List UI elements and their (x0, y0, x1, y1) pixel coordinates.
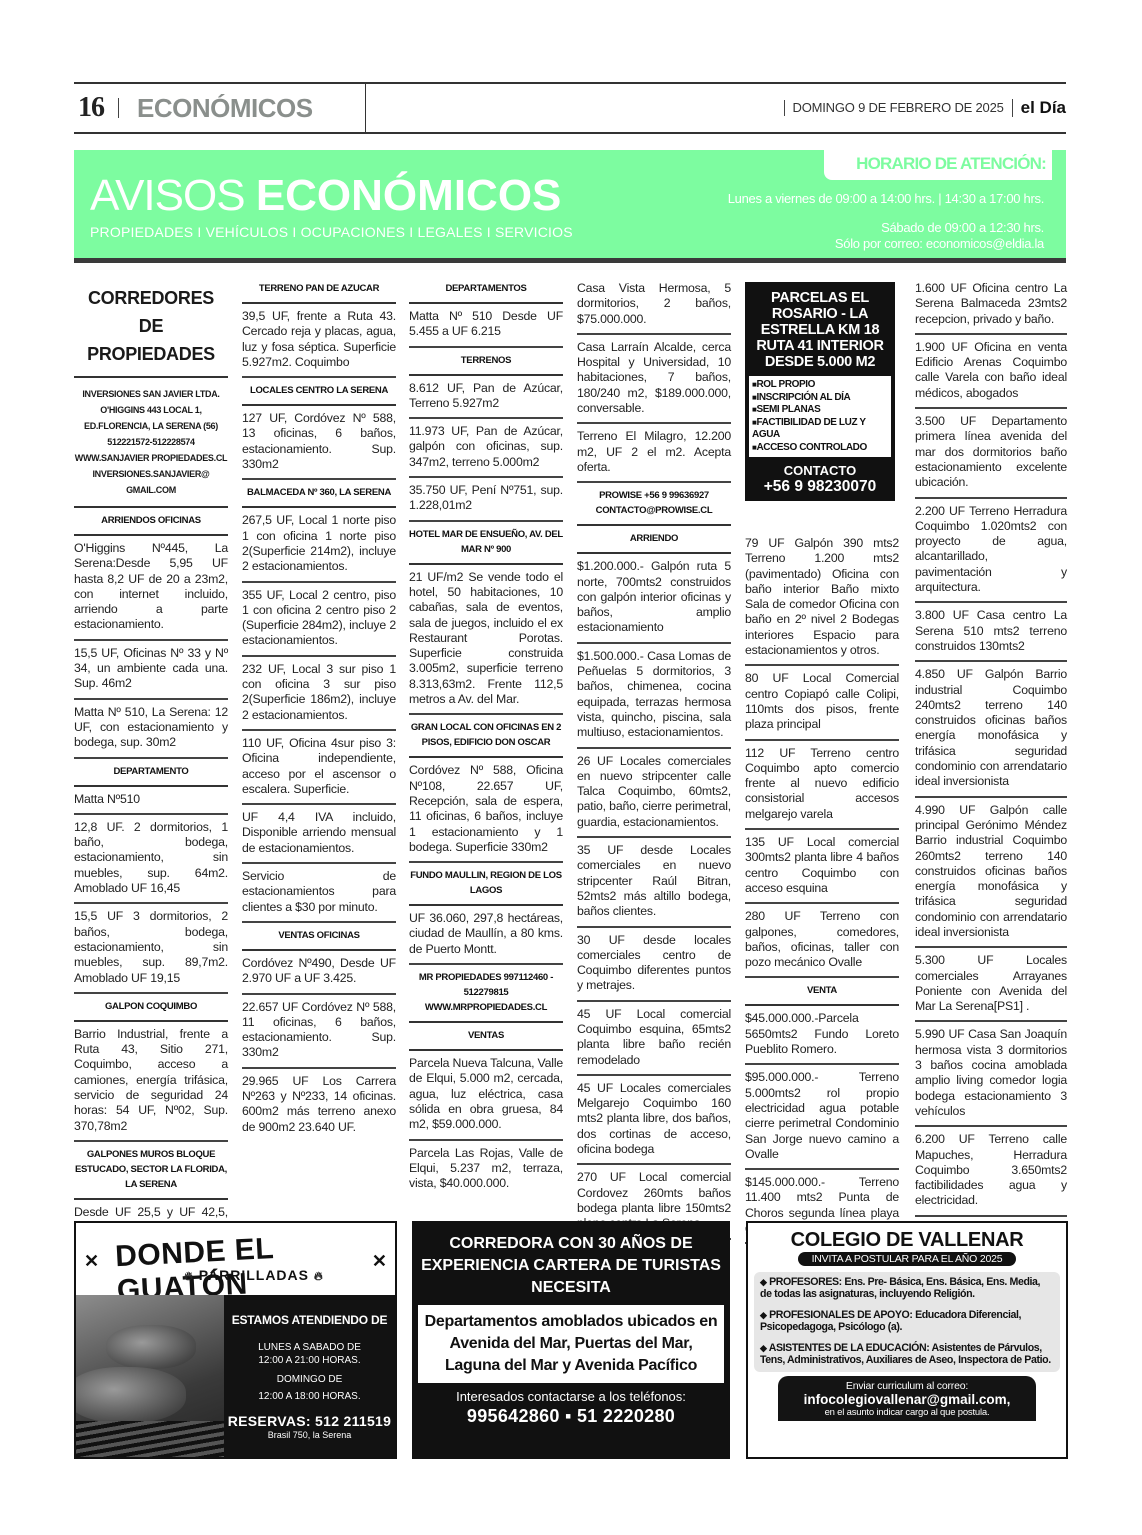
feature-item: ACCESO CONTROLADO (752, 442, 888, 455)
colegio-ad: COLEGIO DE VALLENAR INVITA A POSTULAR PA… (746, 1221, 1068, 1459)
guaton-address: Brasil 750, la Serena (224, 1430, 395, 1440)
prowise-contact: PROWISE +56 9 99636927 CONTACTO@PROWISE.… (577, 483, 731, 526)
classified-ad: 6.200 UF Terreno calle Mapuches, Herradu… (915, 1127, 1067, 1216)
guaton-subtitle-text: PARRILLADAS (199, 1267, 309, 1283)
classified-ad: Casa Larraín Alcalde, cerca Hospital y U… (577, 335, 731, 424)
parcelas-phone: +56 9 98230070 (749, 478, 891, 495)
classified-ad: 29.965 UF Los Carrera Nº263 y Nº233, 14 … (242, 1069, 396, 1141)
classified-ad: $95.000.000.- Terreno 5.000mts2 rol prop… (745, 1065, 899, 1170)
classified-ad: Terreno El Milagro, 12.200 m2, UF 2 el m… (577, 424, 731, 483)
classified-ad: 26 UF Locales comerciales en nuevo strip… (577, 749, 731, 838)
classified-ad: 267,5 UF, Local 1 norte piso 1 con ofici… (242, 508, 396, 582)
mr-propiedades-contact: MR PROPIEDADES 997112460 - 512279815 WWW… (409, 965, 563, 1023)
classified-ad: 80 UF Local Comercial centro Copiapó cal… (745, 666, 899, 740)
sunday-hours: 12:00 A 18:00 HORAS. (224, 1388, 395, 1405)
section-heading: ARRIENDOS OFICINAS (74, 508, 228, 536)
classified-ad: UF 4,4 IVA incluido, Disponible arriendo… (242, 805, 396, 864)
parcelas-title: PARCELAS EL ROSARIO - LA ESTRELLA KM 18 … (749, 290, 891, 370)
divider (118, 98, 119, 118)
position-item: ◆ ASISTENTES DE LA EDUCACIÓN: Asistentes… (760, 1342, 1054, 1366)
classified-ad: Parcela Nueva Talcuna, Valle de Elqui, 5… (409, 1051, 563, 1140)
colegio-title: COLEGIO DE VALLENAR (748, 1229, 1066, 1252)
banner-title-bold: ECONÓMICOS (256, 171, 562, 220)
classified-ad: 8.612 UF, Pan de Azúcar, Terreno 5.927m2 (409, 376, 563, 420)
classified-ad: 5.300 UF Locales comerciales Arrayanes P… (915, 948, 1067, 1022)
masthead-left: 16 ECONÓMICOS (74, 84, 366, 132)
classified-ad: O'Higgins Nº445, La Serena:Desde 5,95 UF… (74, 536, 228, 641)
corredores-title: CORREDORES DE PROPIEDADES (74, 276, 228, 378)
guaton-info-panel: ESTAMOS ATENDIENDO DE LUNES A SABADO DE … (224, 1295, 395, 1459)
classified-ad: Matta Nº 510 Desde UF 5.455 a UF 6.215 (409, 304, 563, 348)
column-4: Casa Vista Hermosa, 5 dormitorios, 2 bañ… (577, 276, 731, 1240)
classified-ad: 15,5 UF, Oficinas Nº 33 y Nº 34, un ambi… (74, 641, 228, 700)
classified-ad: 110 UF, Oficina 4sur piso 3: Oficina ind… (242, 731, 396, 805)
colegio-subtitle: INVITA A POSTULAR PARA EL AÑO 2025 (798, 1252, 1016, 1266)
column-5: PARCELAS EL ROSARIO - LA ESTRELLA KM 18 … (745, 276, 899, 1244)
position-item: ◆ PROFESIONALES DE APOYO: Educadora Dife… (760, 1309, 1054, 1333)
classified-ad: 30 UF desde locales comerciales centro d… (577, 928, 731, 1002)
banner-title: AVISOS ECONÓMICOS (90, 172, 561, 220)
steak-shape (74, 1367, 186, 1423)
position-item: ◆ PROFESORES: Ens. Pre- Básica, Ens. Bás… (760, 1276, 1054, 1300)
classified-ad: 11.973 UF, Pan de Azúcar, galpón con ofi… (409, 419, 563, 478)
steak-shape (106, 1325, 196, 1369)
classified-ad: 280 UF Terreno con galpones, comedores, … (745, 904, 899, 978)
guaton-header: ✕ DONDE EL GUATÓN 🔥︎ PARRILLADAS 🔥︎ ✕ (76, 1223, 395, 1295)
spacer (745, 501, 899, 531)
classified-ad: 3.500 UF Departamento primera línea aven… (915, 409, 1067, 498)
reservas-phone: RESERVAS: 512 211519 (224, 1413, 395, 1429)
classified-ad: 79 UF Galpón 390 mts2 Terreno 1.200 mts2… (745, 531, 899, 666)
section-heading: GALPONES MUROS BLOQUE ESTUCADO, SECTOR L… (74, 1142, 228, 1200)
classified-ad: 135 UF Local comercial 300mts2 planta li… (745, 830, 899, 904)
publication-date: DOMINGO 9 DE FEBRERO DE 2025 (784, 100, 1004, 116)
estamos-atendiendo: ESTAMOS ATENDIENDO DE (224, 1313, 395, 1327)
avisos-banner: AVISOS ECONÓMICOS PROPIEDADES I VEHÍCULO… (74, 150, 1066, 258)
section-heading: GRAN LOCAL CON OFICINAS EN 2 PISOS, EDIF… (409, 715, 563, 758)
section-heading: DEPARTAMENTO (74, 759, 228, 787)
corredora-contact-label: Interesados contactarse a los teléfonos: (414, 1389, 728, 1404)
classified-ad: 1.600 UF Oficina centro La Serena Balmac… (915, 276, 1067, 335)
section-heading: TERRENOS (409, 348, 563, 376)
saturday-hours-text: Sábado de 09:00 a 12:30 hrs. (835, 220, 1044, 236)
classified-ad: 4.850 UF Galpón Barrio industrial Coquim… (915, 662, 1067, 797)
section-heading: VENTAS (409, 1023, 563, 1051)
classified-ad: UF 36.060, 297,8 hectáreas, ciudad de Ma… (409, 906, 563, 965)
flame-icon: 🔥︎ (184, 1269, 194, 1283)
column-3: DEPARTAMENTOS Matta Nº 510 Desde UF 5.45… (409, 276, 563, 1197)
classified-ad: 15,5 UF 3 dormitorios, 2 baños, bodega, … (74, 904, 228, 993)
classified-ad: 2.200 UF Terreno Herradura Coquimbo 1.02… (915, 499, 1067, 604)
sunday-hours-block: DOMINGO DE 12:00 A 18:00 HORAS. (224, 1371, 395, 1405)
newspaper-logo: el Día (1012, 99, 1066, 117)
position-text: PROFESIONALES DE APOYO: Educadora Difere… (760, 1309, 1021, 1333)
feature-item: FACTIBILIDAD DE LUZ Y AGUA (752, 417, 888, 442)
classified-ad: Cordóvez Nº 588, Oficina Nº108, 22.657 U… (409, 758, 563, 863)
classified-ad: 1.900 UF Oficina en venta Edificio Arena… (915, 335, 1067, 409)
classified-ad: 39,5 UF, frente a Ruta 43. Cercado reja … (242, 304, 396, 378)
diamond-bullet-icon: ◆ (760, 1310, 767, 1320)
feature-item: ROL PROPIO (752, 379, 888, 392)
classified-ad: Matta Nº 510, La Serena: 12 UF, con esta… (74, 700, 228, 759)
classified-ad: 3.800 UF Casa centro La Serena 510 mts2 … (915, 603, 1067, 662)
banner-divider-bar (74, 258, 1066, 263)
banner-title-light: AVISOS (90, 171, 256, 220)
section-name: ECONÓMICOS (137, 93, 313, 124)
classified-ad: 22.657 UF Cordóvez Nº 588, 11 oficinas, … (242, 995, 396, 1069)
footer-label: Enviar curriculum al correo: (778, 1380, 1036, 1392)
classified-ad: 45 UF Locales comerciales Melgarejo Coqu… (577, 1076, 731, 1165)
weekday-label: LUNES A SABADO DE (224, 1341, 395, 1354)
horario-label: HORARIO DE ATENCIÓN: (856, 154, 1046, 174)
classified-ad: Servicio de estacionamientos para client… (242, 864, 396, 923)
banner-categories: PROPIEDADES I VEHÍCULOS I OCUPACIONES I … (90, 224, 573, 240)
san-javier-contact: INVERSIONES SAN JAVIER LTDA. O'HIGGINS 4… (74, 378, 228, 508)
section-heading: HOTEL MAR DE ENSUEÑO, AV. DEL MAR Nº 900 (409, 522, 563, 565)
classified-ad: Casa Vista Hermosa, 5 dormitorios, 2 bañ… (577, 276, 731, 335)
corredora-ad: CORREDORA CON 30 AÑOS DE EXPERIENCIA CAR… (412, 1221, 730, 1459)
corredora-phones: 995642860 ▪ 51 2220280 (414, 1406, 728, 1427)
position-text: ASISTENTES DE LA EDUCACIÓN: Asistentes d… (760, 1342, 1051, 1366)
parcelas-contact-label: CONTACTO (749, 463, 891, 478)
classified-ad: 45 UF Local comercial Coquimbo esquina, … (577, 1002, 731, 1076)
page-number: 16 (78, 92, 104, 124)
classified-ad: Cordóvez Nº490, Desde UF 2.970 UF a UF 3… (242, 951, 396, 995)
saturday-hours: Sábado de 09:00 a 12:30 hrs. Sólo por co… (835, 220, 1044, 252)
classified-ad: 35 UF desde Locales comerciales en nuevo… (577, 838, 731, 927)
classified-ad: 5.990 UF Casa San Joaquín hermosa vista … (915, 1022, 1067, 1127)
classified-ad: Matta Nº510 (74, 787, 228, 815)
section-heading: LOCALES CENTRO LA SERENA (242, 378, 396, 406)
section-heading: DEPARTAMENTOS (409, 276, 563, 304)
section-heading: VENTA (745, 978, 899, 1006)
section-heading: GALPON COQUIMBO (74, 994, 228, 1022)
flame-icon: 🔥︎ (314, 1269, 324, 1283)
column-2: TERRENO PAN DE AZUCAR 39,5 UF, frente a … (242, 276, 396, 1141)
section-heading: TERRENO PAN DE AZUCAR (242, 276, 396, 304)
classified-ad: 35.750 UF, Pení Nº751, sup. 1.228,01m2 (409, 478, 563, 522)
classified-ad: 355 UF, Local 2 centro, piso 1 con ofici… (242, 583, 396, 657)
classified-ad: $1.500.000.- Casa Lomas de Peñuelas 5 do… (577, 644, 731, 749)
diamond-bullet-icon: ◆ (760, 1343, 767, 1353)
guaton-ad: ✕ DONDE EL GUATÓN 🔥︎ PARRILLADAS 🔥︎ ✕ ES… (74, 1221, 397, 1459)
footer-note: en el asunto indicar cargo al que postul… (778, 1407, 1036, 1418)
weekday-hours-block: LUNES A SABADO DE 12:00 A 21:00 HORAS. (224, 1341, 395, 1367)
position-text: PROFESORES: Ens. Pre- Básica, Ens. Básic… (760, 1276, 1040, 1300)
classified-ad: Barrio Industrial, frente a Ruta 43, Sit… (74, 1022, 228, 1142)
sunday-label: DOMINGO DE (224, 1371, 395, 1388)
corredora-body: Departamentos amoblados ubicados en Aven… (418, 1305, 724, 1383)
feature-item: INSCRIPCIÓN AL DÍA (752, 392, 888, 405)
section-heading: BALMACEDA Nº 360, LA SERENA (242, 480, 396, 508)
weekday-hours: 12:00 A 21:00 HORAS. (224, 1354, 395, 1367)
section-heading: VENTAS OFICINAS (242, 923, 396, 951)
column-1: CORREDORES DE PROPIEDADES INVERSIONES SA… (74, 276, 228, 1257)
crossed-utensils-icon: ✕ (84, 1251, 99, 1272)
email-only-text: Sólo por correo: economicos@eldia.la (835, 236, 1044, 252)
guaton-subtitle: 🔥︎ PARRILLADAS 🔥︎ (184, 1267, 324, 1284)
parcelas-ad-box: PARCELAS EL ROSARIO - LA ESTRELLA KM 18 … (745, 282, 895, 501)
classified-ad: 21 UF/m2 Se vende todo el hotel, 50 habi… (409, 565, 563, 716)
classified-ad: 4.990 UF Galpón calle principal Gerónimo… (915, 798, 1067, 949)
classified-ad: $1.200.000.- Galpón ruta 5 norte, 700mts… (577, 554, 731, 643)
classified-ad: Parcela Las Rojas, Valle de Elqui, 5.237… (409, 1141, 563, 1198)
corredora-headline: CORREDORA CON 30 AÑOS DE EXPERIENCIA CAR… (414, 1233, 728, 1299)
weekday-hours: Lunes a viernes de 09:00 a 14:00 hrs. | … (728, 191, 1044, 206)
classified-ad: 127 UF, Cordóvez Nº 588, 13 oficinas, 6 … (242, 406, 396, 480)
classified-ad: $45.000.000.-Parcela 5650mts2 Fundo Lore… (745, 1006, 899, 1065)
diamond-bullet-icon: ◆ (760, 1277, 767, 1287)
grill-shape (76, 1421, 224, 1459)
section-heading: FUNDO MAULLIN, REGION DE LOS LAGOS (409, 863, 563, 906)
crossed-utensils-icon: ✕ (372, 1251, 387, 1272)
column-6: 1.600 UF Oficina centro La Serena Balmac… (915, 276, 1067, 1322)
grilled-meat-photo (76, 1295, 224, 1459)
masthead-right: DOMINGO 9 DE FEBRERO DE 2025 el Día (784, 84, 1066, 132)
colegio-email: infocolegiovallenar@gmail.com, (778, 1392, 1036, 1407)
feature-item: SEMI PLANAS (752, 404, 888, 417)
classifieds-columns: CORREDORES DE PROPIEDADES INVERSIONES SA… (74, 276, 1066, 1201)
classified-ad: 112 UF Terreno centro Coquimbo apto come… (745, 741, 899, 830)
colegio-positions: ◆ PROFESORES: Ens. Pre- Básica, Ens. Bás… (754, 1272, 1060, 1372)
masthead: 16 ECONÓMICOS DOMINGO 9 DE FEBRERO DE 20… (74, 82, 1066, 134)
section-heading: ARRIENDO (577, 526, 731, 554)
parcelas-features: ROL PROPIO INSCRIPCIÓN AL DÍA SEMI PLANA… (749, 376, 891, 457)
classified-ad: 232 UF, Local 3 sur piso 1 con oficina 3… (242, 657, 396, 731)
classified-ad: 12,8 UF. 2 dormitorios, 1 baño, bodega, … (74, 815, 228, 904)
colegio-footer: Enviar curriculum al correo: infocolegio… (778, 1376, 1036, 1421)
